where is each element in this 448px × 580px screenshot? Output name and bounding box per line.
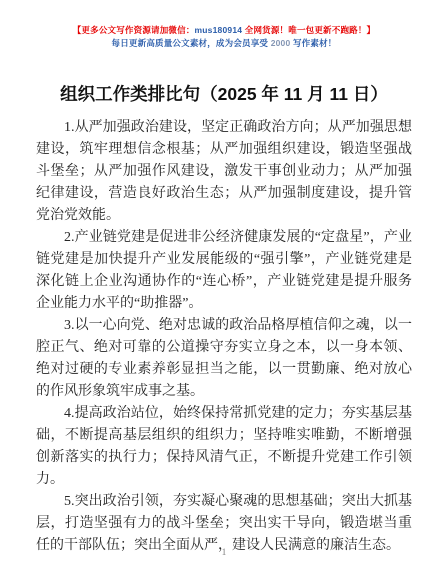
paragraph-1: 1.从严加强政治建设，坚定正确政治方向；从严加强思想建设，筑牢理想信念根基；从严…	[36, 117, 412, 227]
page-number: 1	[0, 548, 448, 558]
promo-wechat-id: mus180914	[195, 25, 243, 35]
promo-banner: 【更多公文写作资源请加微信：mus180914 全网货源！唯一包更新不跑路！】 …	[0, 0, 448, 50]
paragraph-4: 4.提高政治站位，始终保持常抓党建的定力；夯实基层基础，不断提高基层组织的组织力…	[36, 403, 412, 491]
document-body: 1.从严加强政治建设，坚定正确政治方向；从严加强思想建设，筑牢理想信念根基；从严…	[36, 117, 412, 557]
promo-line2-prefix: 每日更新高质量公文素材，成为会员享受	[112, 38, 271, 48]
paragraph-5: 5.突出政治引领，夯实凝心聚魂的思想基础；突出大抓基层，打造坚强有力的战斗堡垒；…	[36, 491, 412, 557]
paragraph-3: 3.以一心向党、绝对忠诚的政治品格厚植信仰之魂，以一腔正气、绝对可靠的公道操守夯…	[36, 315, 412, 403]
promo-material-count: 2000	[271, 38, 291, 48]
promo-line1-prefix: 【更多公文写作资源请加微信：	[73, 25, 195, 35]
promo-line2-suffix: 写作素材！	[290, 38, 336, 48]
document-page: 【更多公文写作资源请加微信：mus180914 全网货源！唯一包更新不跑路！】 …	[0, 0, 448, 580]
promo-banner-line2: 每日更新高质量公文素材，成为会员享受 2000 写作素材！	[0, 37, 448, 50]
document-title: 组织工作类排比句（2025 年 11 月 11 日）	[0, 83, 448, 105]
promo-banner-line1: 【更多公文写作资源请加微信：mus180914 全网货源！唯一包更新不跑路！】	[0, 24, 448, 37]
promo-line1-suffix: 全网货源！唯一包更新不跑路！】	[242, 25, 375, 35]
paragraph-2: 2.产业链党建是促进非公经济健康发展的“定盘星”，产业链党建是加快提升产业发展能…	[36, 227, 412, 315]
